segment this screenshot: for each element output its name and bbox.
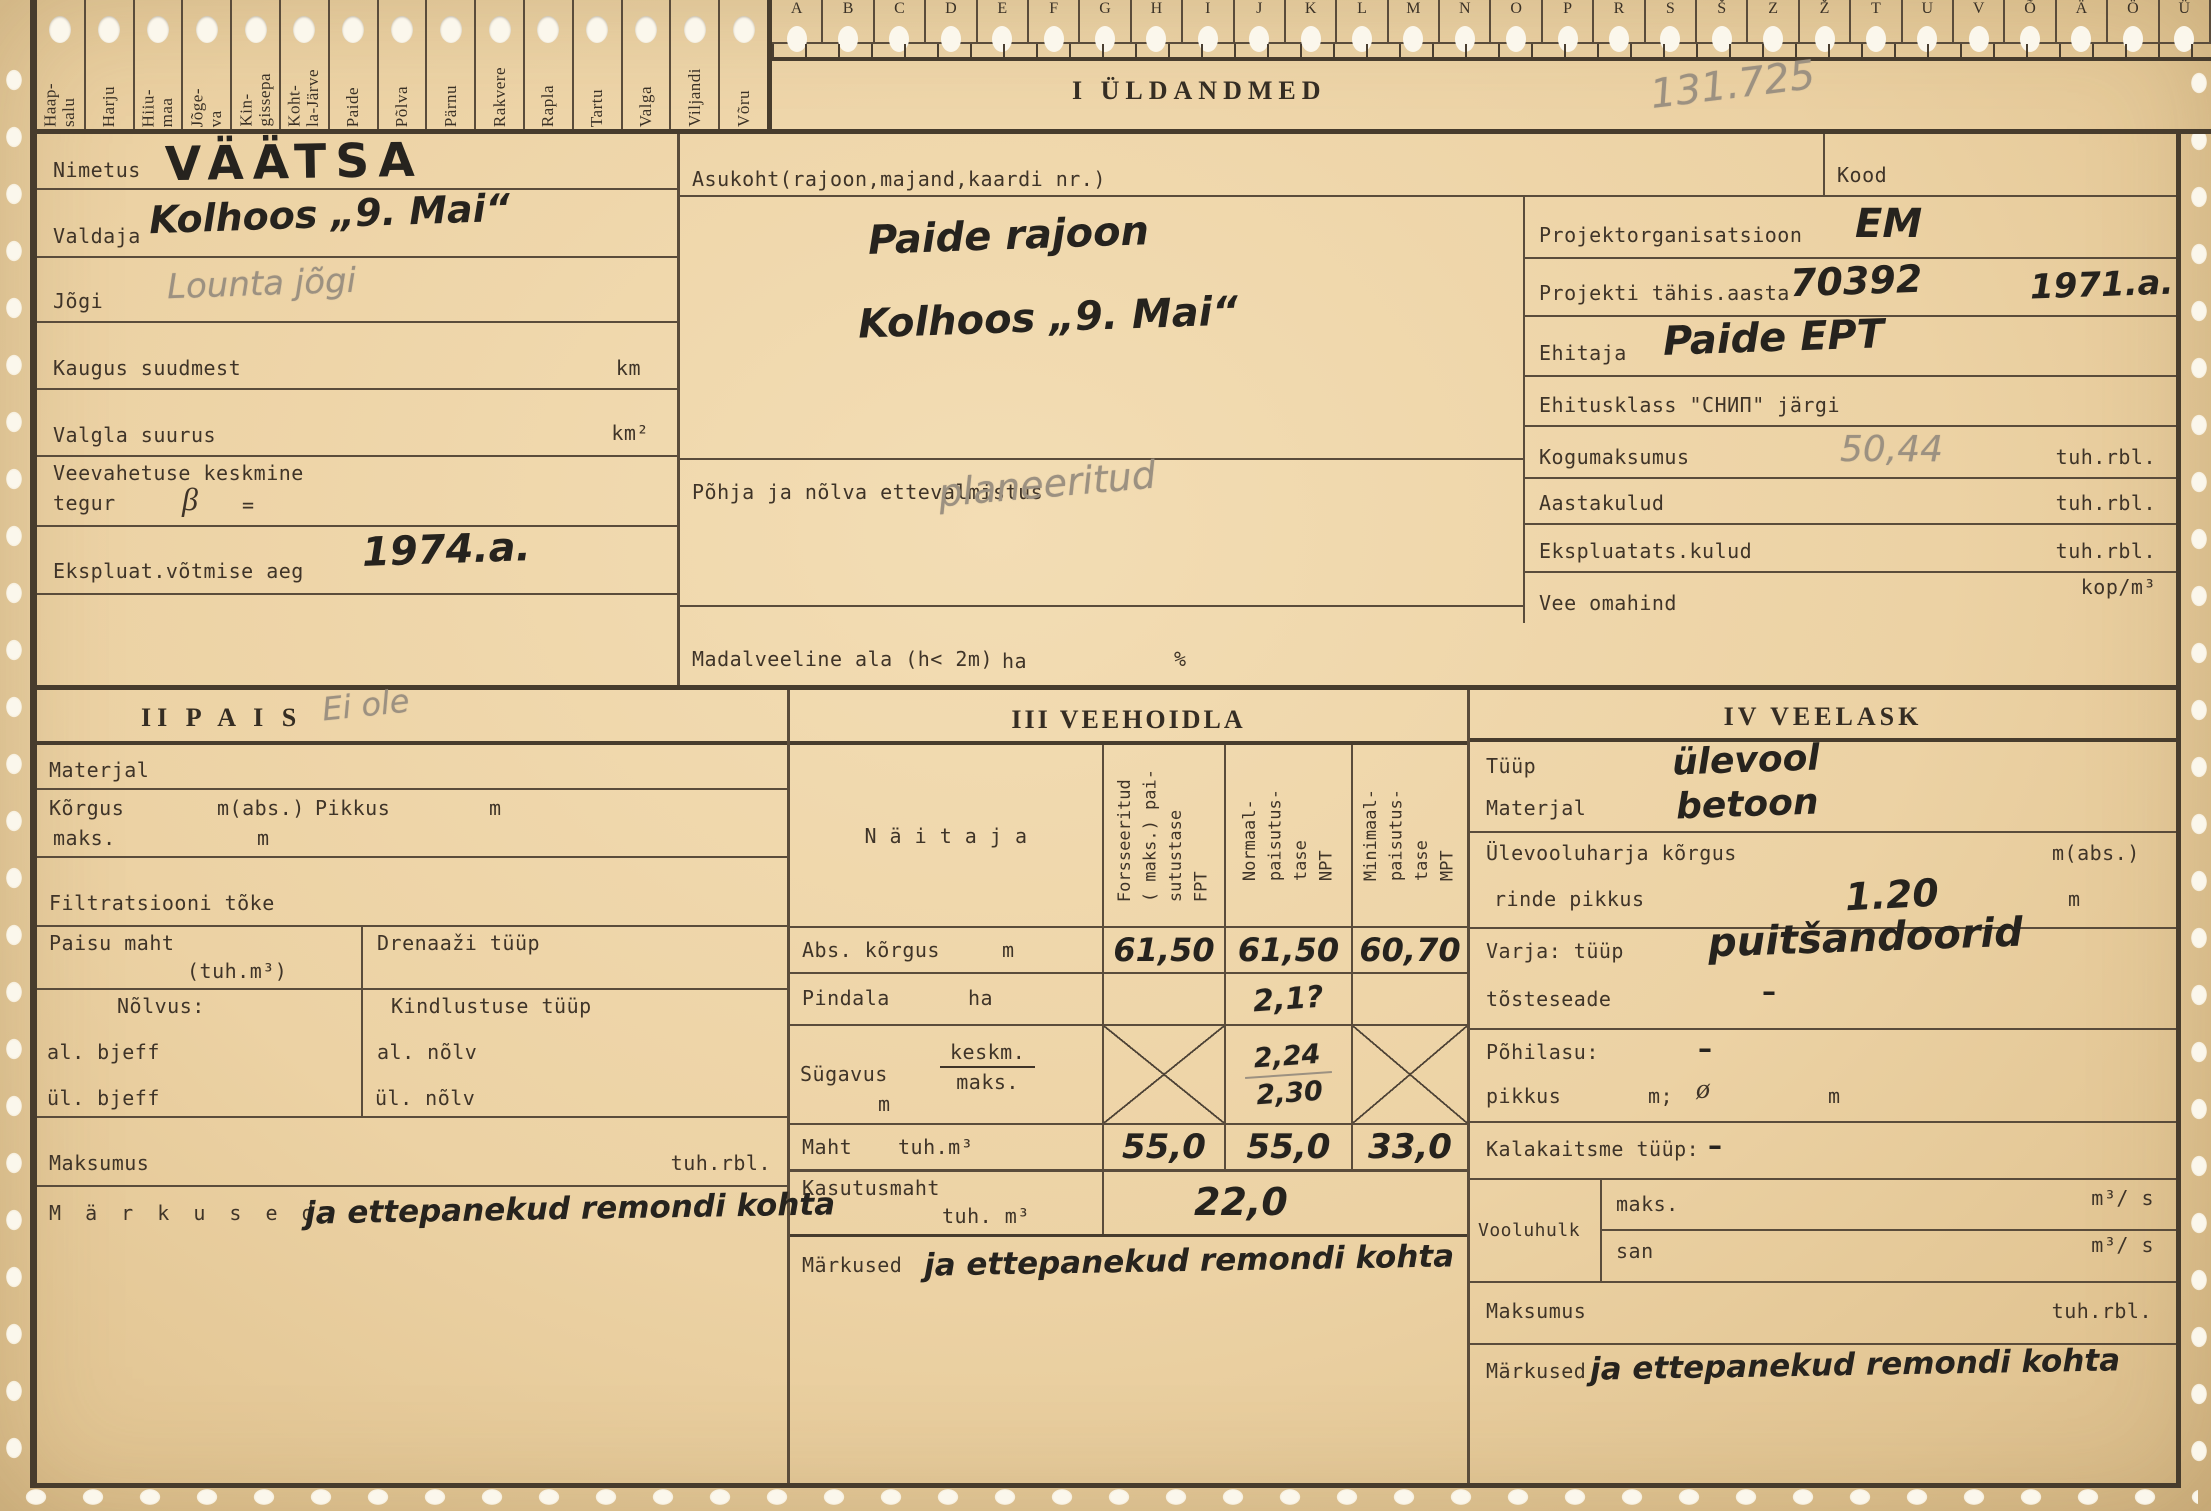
jogi-label: Jõgi	[53, 289, 103, 313]
region-tab-label: Rapla	[539, 85, 557, 127]
maht-fpt: 55,0	[1122, 1127, 1206, 1167]
alphabet-cell: F	[1029, 0, 1080, 42]
projektorg-label: Projektorganisatsioon	[1539, 223, 1802, 247]
alphabet-cell: T	[1851, 0, 1902, 42]
kasutusmaht-label: Kasutusmaht	[802, 1176, 940, 1200]
pikkus-unit: m	[489, 796, 502, 820]
vooluhulk-label: Vooluhulk	[1478, 1220, 1580, 1241]
sygavus-npt-keskm: 2,24	[1243, 1038, 1332, 1079]
sec4-maksumus-label: Maksumus	[1486, 1299, 1586, 1323]
region-tab: Kin- gissepa	[232, 0, 281, 130]
alphabet-cell: S	[1646, 0, 1697, 42]
pohilasu-label: Põhilasu:	[1486, 1040, 1599, 1064]
region-tab-label: Valga	[637, 86, 655, 127]
tahis-value: 70392	[1789, 257, 1923, 306]
veeomahind-label: Vee omahind	[1539, 591, 1677, 615]
ehitusklass-label: Ehitusklass "СНИП" järgi	[1539, 393, 1840, 417]
punch-hole-icon	[440, 16, 462, 43]
sec2-maksumus-unit: tuh.rbl.	[671, 1151, 771, 1175]
pohilasu-value: –	[1698, 1032, 1712, 1065]
kood-label: Kood	[1837, 163, 1887, 187]
alphabet-letter: G	[1099, 0, 1111, 18]
region-tab: Rapla	[525, 0, 574, 130]
kogumaksumus-unit: tuh.rbl.	[2056, 445, 2156, 469]
region-tab-label: Harju	[100, 86, 118, 127]
nimetus-value: VÄÄTSA	[165, 133, 424, 193]
al-bjeff-label: al. bjeff	[47, 1040, 160, 1064]
maht-npt: 55,0	[1247, 1127, 1331, 1167]
punch-hole-icon	[635, 16, 657, 43]
alphabet-letter: Ä	[2076, 0, 2088, 18]
sygavus-npt-fraction: 2,24 2,30	[1243, 1038, 1334, 1112]
region-tab: Võru	[720, 0, 767, 130]
region-tab-label: Haap- salu	[42, 83, 79, 127]
alphabet-cell: P	[1543, 0, 1594, 42]
alphabet-letter: B	[843, 0, 854, 18]
beta-equals: =	[242, 493, 255, 517]
paisumaht-label: Paisu maht	[49, 931, 174, 955]
alphabet-cell: G	[1080, 0, 1131, 42]
aastakulud-unit: tuh.rbl.	[2056, 491, 2156, 515]
card-number: 131.725	[1648, 52, 1818, 118]
ehitaja-value: Paide EPT	[1662, 311, 1885, 365]
region-tab: Tartu	[574, 0, 623, 130]
kogumaksumus-value: 50,44	[1840, 429, 1943, 470]
asukoht-body: Paide rajoon Kolhoos „9. Mai“	[680, 197, 1523, 460]
kasutusmaht-value: 22,0	[1194, 1180, 1288, 1224]
madalveeline-label: Madalveeline ala (h< 2m)	[692, 647, 993, 671]
eksplkulud-label: Ekspluatats.kulud	[1539, 539, 1752, 563]
asukoht-label: Asukoht(rajoon,majand,kaardi nr.)	[692, 167, 1106, 191]
alphabet-letter: M	[1406, 0, 1420, 18]
beta-symbol: β	[182, 481, 198, 518]
alphabet-letter: Z	[1768, 0, 1778, 18]
vooluhulk-maks-label: maks.	[1616, 1192, 1679, 1216]
section1-title: I ÜLDANDMED	[1072, 76, 1327, 106]
sec4-pikkus-label: pikkus	[1486, 1084, 1561, 1108]
abs-korgus-label: Abs. kõrgus	[802, 938, 940, 962]
rinde-pikkus-label: rinde pikkus	[1494, 887, 1645, 911]
section1-left-column: Nimetus VÄÄTSA Valdaja Kolhoos „9. Mai“ …	[37, 134, 680, 685]
sec2-markused-label: M ä r k u s e d	[49, 1201, 320, 1225]
kogumaksumus-label: Kogumaksumus	[1539, 445, 1690, 469]
punch-holes-left	[1, 52, 27, 1492]
region-tab-label: Kin- gissepa	[237, 73, 274, 127]
rinde-pikkus-unit: m	[2068, 887, 2081, 911]
tosteseade-value: –	[1762, 975, 1776, 1008]
alphabet-letter: K	[1305, 0, 1317, 18]
punch-holes-right	[2186, 55, 2211, 1485]
ulevooluharja-label: Ülevooluharja kõrgus	[1486, 841, 1737, 865]
alphabet-letter: H	[1151, 0, 1163, 18]
sygavus-mpt-crossed-cell	[1353, 1026, 1467, 1123]
region-tab: Jõge- va	[183, 0, 232, 130]
maks-label: maks.	[53, 826, 116, 850]
region-tab-label: Tartu	[588, 89, 606, 127]
alphabet-cell: C	[875, 0, 926, 42]
punch-hole-icon	[245, 16, 267, 43]
alphabet-letter: P	[1563, 0, 1572, 18]
alphabet-letter: E	[997, 0, 1007, 18]
aastakulud-label: Aastakulud	[1539, 491, 1664, 515]
alphabet-index: A B C D E F G H I J	[772, 0, 2211, 44]
region-tab-label: Viljandi	[686, 68, 704, 127]
veevahetus-label-line1: Veevahetuse keskmine	[53, 461, 304, 485]
ulevooluharja-unit: m(abs.)	[2052, 841, 2140, 865]
alphabet-cell: U	[1903, 0, 1954, 42]
alphabet-letter: R	[1614, 0, 1625, 18]
region-tab-label: Paide	[344, 87, 362, 127]
region-tab: Viljandi	[671, 0, 720, 130]
veeomahind-unit: kop/m³	[2081, 575, 2156, 599]
alphabet-letter: L	[1357, 0, 1367, 18]
valdaja-label: Valdaja	[53, 224, 141, 248]
alphabet-letter: D	[945, 0, 957, 18]
paisumaht-unit: (tuh.m³)	[187, 959, 287, 983]
alphabet-cell: B	[823, 0, 874, 42]
alphabet-letter: Õ	[2024, 0, 2036, 18]
tuup-label: Tüüp	[1486, 754, 1536, 778]
alphabet-cell: Ü	[2160, 0, 2211, 42]
sec3-markused-hand: ja ettepanekud remondi kohta	[924, 1238, 1455, 1283]
abs-korgus-mpt: 60,70	[1359, 931, 1460, 969]
section2-title: II P A I S	[141, 703, 302, 733]
sec3-markused-label: Märkused	[802, 1253, 902, 1277]
alphabet-cell: V	[1954, 0, 2005, 42]
sygavus-keskm-label: keskm.	[940, 1040, 1035, 1068]
tuup-value: ülevool	[1671, 737, 1820, 783]
maht-mpt: 33,0	[1368, 1127, 1452, 1167]
al-nolv-label: al. nõlv	[377, 1040, 477, 1064]
alphabet-cell: N	[1440, 0, 1491, 42]
sec4-materjal-label: Materjal	[1486, 796, 1586, 820]
sec4-pikkus-unit2: m	[1828, 1084, 1841, 1108]
region-tab: Hiiu- maa	[135, 0, 184, 130]
sec4-maksumus-unit: tuh.rbl.	[2052, 1299, 2152, 1323]
alphabet-cell: Õ	[2005, 0, 2056, 42]
alphabet-cell: O	[1491, 0, 1542, 42]
region-tab-label: Hiiu- maa	[140, 89, 177, 127]
alphabet-cell: R	[1594, 0, 1645, 42]
pindala-label: Pindala	[802, 986, 890, 1010]
jogi-value: Lounta jõgi	[166, 261, 356, 308]
pohja-cell: Põhja ja nõlva ettevalmistus planeeritud	[680, 460, 1523, 607]
region-tab: Rakvere	[476, 0, 525, 130]
punch-hole-icon	[49, 16, 71, 43]
alphabet-letter: S	[1666, 0, 1675, 18]
sygavus-label: Sügavus	[800, 1062, 888, 1086]
vooluhulk-maks-unit: m³/ s	[2091, 1186, 2154, 1210]
ekspluat-value: 1974.a.	[361, 524, 531, 576]
ul-bjeff-label: ül. bjeff	[47, 1086, 160, 1110]
kaugus-label: Kaugus suudmest	[53, 356, 241, 380]
alphabet-cell: H	[1132, 0, 1183, 42]
pikkus-label: Pikkus	[315, 796, 390, 820]
alphabet-letter: Š	[1717, 0, 1726, 18]
punch-hole-icon	[342, 16, 364, 43]
nimetus-label: Nimetus	[53, 158, 141, 182]
sygavus-fraction: keskm. maks.	[940, 1040, 1035, 1094]
region-tabs: Haap- salu Harju Hiiu- maa Jõge- va Kin-…	[37, 0, 772, 130]
punch-hole-icon	[391, 16, 413, 43]
alphabet-letter: N	[1459, 0, 1471, 18]
alphabet-letter: C	[894, 0, 905, 18]
asukoht-header-cell: Asukoht(rajoon,majand,kaardi nr.)	[680, 134, 1823, 197]
asukoht-value-line1: Paide rajoon	[867, 208, 1149, 264]
drenaaz-label: Drenaaži tüüp	[377, 931, 540, 955]
alphabet-cell: E	[978, 0, 1029, 42]
pohja-value: planeeritud	[936, 453, 1157, 516]
nolvus-label: Nõlvus:	[117, 994, 205, 1018]
sec2-markused-hand: ja ettepanekud remondi kohta	[305, 1186, 836, 1231]
sec4-markused-label: Märkused	[1486, 1359, 1586, 1383]
alphabet-cell: K	[1286, 0, 1337, 42]
varja-value: puitšandoorid	[1707, 910, 2023, 967]
asukoht-value-line2: Kolhoos „9. Mai“	[857, 288, 1239, 347]
alphabet-letter: T	[1871, 0, 1881, 18]
abs-korgus-npt: 61,50	[1238, 931, 1339, 969]
alphabet-cell: D	[926, 0, 977, 42]
valgla-label: Valgla suurus	[53, 423, 216, 447]
alphabet-letter: F	[1049, 0, 1058, 18]
kalakaitse-label: Kalakaitsme tüüp:	[1486, 1137, 1699, 1161]
naitaja-label: N ä i t a j a	[864, 824, 1027, 848]
materjal-label: Materjal	[49, 758, 149, 782]
alphabet-cell: L	[1337, 0, 1388, 42]
band-border	[772, 57, 2211, 61]
section2-annotation: Ei ole	[320, 682, 411, 729]
section4-veelask: IV VEELASK Tüüp ülevool Materjal betoon …	[1470, 690, 2176, 1483]
punch-hole-icon	[98, 16, 120, 43]
alphabet-cell: A	[772, 0, 823, 42]
diameter-symbol: ø	[1696, 1074, 1710, 1106]
sec4-markused-hand: ja ettepanekud remondi kohta	[1590, 1342, 2121, 1387]
madalveeline-unit-percent: %	[1174, 647, 1187, 671]
tahis-year: 1971.a.	[2029, 263, 2174, 308]
kood-cell: Kood	[1823, 134, 2176, 197]
varja-label: Varja: tüüp	[1486, 939, 1624, 963]
scanned-registry-card: Haap- salu Harju Hiiu- maa Jõge- va Kin-…	[0, 0, 2211, 1511]
pindala-unit: ha	[968, 986, 993, 1010]
alphabet-letter: I	[1205, 0, 1210, 18]
ul-nolv-label: ül. nõlv	[375, 1086, 475, 1110]
section3-title: III VEEHOIDLA	[1011, 705, 1245, 735]
alphabet-cell: J	[1235, 0, 1286, 42]
vooluhulk-san-label: san	[1616, 1239, 1654, 1263]
ehitaja-label: Ehitaja	[1539, 341, 1627, 365]
region-tab-label: Võru	[734, 90, 752, 127]
alphabet-letter: Ü	[2178, 0, 2190, 18]
section1-header-band: I ÜLDANDMED 131.725	[772, 44, 2211, 129]
section2-pais: II P A I S Ei ole Materjal Kõrgus m(abs.…	[37, 690, 790, 1483]
sec2-maksumus-label: Maksumus	[49, 1151, 149, 1175]
madalveeline-cell: Madalveeline ala (h< 2m) ha %	[680, 607, 1523, 685]
section4-title: IV VEELASK	[1724, 702, 1923, 732]
card-bottom-border	[30, 1483, 2181, 1488]
maht-label: Maht	[802, 1135, 852, 1159]
valdaja-value: Kolhoos „9. Mai“	[148, 186, 510, 243]
fpt-column-header: Forsseeritud ( maks.) pai- sutustase FPT	[1113, 769, 1215, 902]
sygavus-fpt-crossed-cell	[1104, 1026, 1226, 1123]
region-tab: Haap- salu	[37, 0, 86, 130]
comb-ticks	[772, 44, 2211, 57]
punch-hole-icon	[537, 16, 559, 43]
sygavus-unit: m	[878, 1092, 891, 1116]
region-tab: Pärnu	[427, 0, 476, 130]
korgus-label: Kõrgus	[49, 796, 124, 820]
kindlustus-label: Kindlustuse tüüp	[391, 994, 592, 1018]
region-tab: Paide	[330, 0, 379, 130]
vooluhulk-san-unit: m³/ s	[2091, 1233, 2154, 1257]
region-tab: Põlva	[379, 0, 428, 130]
region-tab-label: Põlva	[393, 86, 411, 127]
alphabet-cell: Ö	[2108, 0, 2159, 42]
region-tab: Harju	[86, 0, 135, 130]
punch-hole-icon	[684, 16, 706, 43]
alphabet-letter: U	[1922, 0, 1934, 18]
alphabet-letter: Ž	[1820, 0, 1830, 18]
sygavus-npt-maks: 2,30	[1255, 1073, 1324, 1111]
maks-unit: m	[257, 826, 270, 850]
sec4-pikkus-unit1: m;	[1648, 1084, 1673, 1108]
alphabet-letter: O	[1510, 0, 1522, 18]
kasutusmaht-unit: tuh. m³	[942, 1204, 1030, 1228]
valgla-unit: km²	[611, 421, 649, 445]
punch-hole-icon	[489, 16, 511, 43]
veevahetus-label-line2: tegur	[53, 491, 116, 515]
kalakaitse-value: –	[1708, 1129, 1722, 1162]
alphabet-letter: J	[1256, 0, 1262, 18]
abs-korgus-unit: m	[1002, 938, 1015, 962]
madalveeline-unit-ha: ha	[1002, 649, 1027, 673]
alphabet-cell: Š	[1697, 0, 1748, 42]
maht-unit: tuh.m³	[898, 1135, 973, 1159]
eksplkulud-unit: tuh.rbl.	[2056, 539, 2156, 563]
korgus-unit: m(abs.)	[217, 796, 305, 820]
sec4-materjal-value: betoon	[1675, 782, 1819, 828]
pindala-npt: 2,1?	[1252, 979, 1325, 1019]
punch-hole-icon	[293, 16, 315, 43]
kaugus-unit: km	[616, 356, 641, 380]
region-tab-label: Jõge- va	[188, 88, 225, 127]
alphabet-letter: Ö	[2127, 0, 2139, 18]
region-tab-label: Rakvere	[490, 67, 508, 127]
ekspluat-label: Ekspluat.võtmise aeg	[53, 559, 304, 583]
section3-veehoidla: III VEEHOIDLA N ä i t a j a Forsseeritud…	[790, 690, 1470, 1483]
punch-hole-icon	[733, 16, 755, 43]
punch-hole-icon	[196, 16, 218, 43]
card-left-border	[30, 0, 37, 1487]
alphabet-cell: I	[1183, 0, 1234, 42]
alphabet-letter: V	[1973, 0, 1985, 18]
abs-korgus-fpt: 61,50	[1113, 931, 1214, 969]
alphabet-cell: M	[1389, 0, 1440, 42]
mpt-column-header: Minimaal- paisutus- tase MPT	[1359, 789, 1461, 881]
tosteseade-label: tõsteseade	[1486, 987, 1611, 1011]
sygavus-maks-label: maks.	[956, 1068, 1019, 1094]
section1-right-column: Projektorganisatsioon EM Projekti tähis.…	[1523, 197, 2176, 623]
tahis-label: Projekti tähis.aasta	[1539, 281, 1790, 305]
filtratsioon-label: Filtratsiooni tõke	[49, 891, 275, 915]
punch-hole-icon	[586, 16, 608, 43]
region-tab-label: Pärnu	[442, 85, 460, 127]
npt-column-header: Normaal- paisutus- tase NPT	[1238, 789, 1340, 881]
alphabet-cell: Ž	[1800, 0, 1851, 42]
region-tab-label: Koht- la-Järve	[286, 69, 323, 127]
alphabet-cell: Ä	[2057, 0, 2108, 42]
region-tab: Koht- la-Järve	[281, 0, 330, 130]
card-right-border	[2176, 129, 2181, 1487]
punch-hole-icon	[147, 16, 169, 43]
region-tab: Valga	[623, 0, 672, 130]
projektorg-value: EM	[1855, 201, 1922, 247]
alphabet-letter: A	[791, 0, 803, 18]
alphabet-cell: Z	[1748, 0, 1799, 42]
